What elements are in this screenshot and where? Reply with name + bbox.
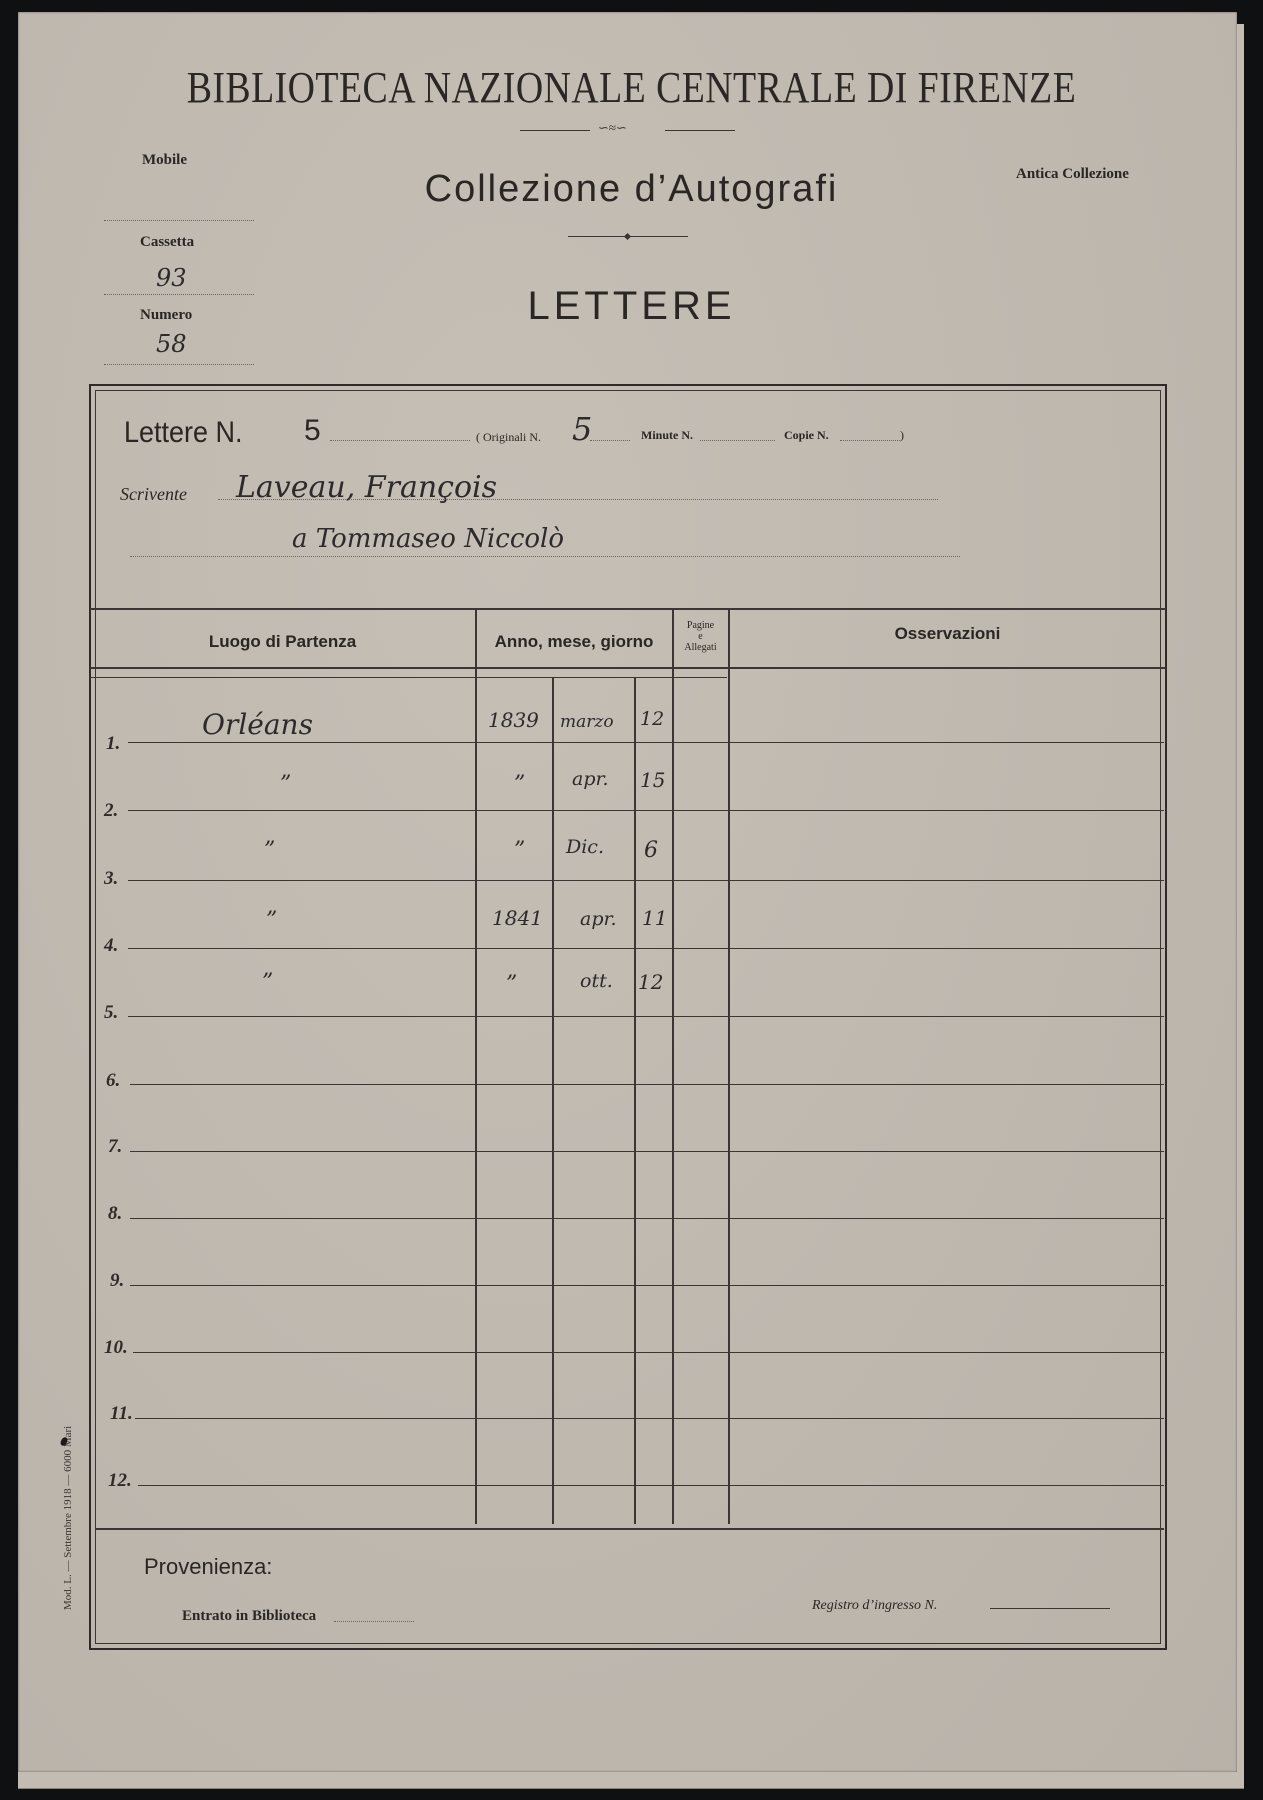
cell-anno[interactable]: ” <box>514 838 525 863</box>
cell-mese[interactable]: apr. <box>572 768 609 790</box>
cassetta-label: Cassetta <box>140 234 194 251</box>
cell-anno[interactable]: 1839 <box>488 708 539 732</box>
row-rule-9 <box>130 1285 1164 1286</box>
originali-dots <box>590 440 630 441</box>
cell-giorno[interactable]: 12 <box>638 970 663 994</box>
cell-luogo[interactable]: ” <box>280 772 291 797</box>
header-pagine-line3: Allegati <box>673 642 728 653</box>
minute-label: Minute N. <box>641 428 693 443</box>
row-number: 2. <box>104 800 118 822</box>
ornament-divider: ∽≈∽ <box>520 126 735 136</box>
col-divider-giorno <box>672 608 674 1524</box>
margin-print-note: Mod. L. — Settembre 1918 — 6000 Mari <box>62 1426 74 1610</box>
cell-mese[interactable]: apr. <box>580 908 617 930</box>
cell-anno[interactable]: ” <box>506 972 517 997</box>
row-number: 12. <box>108 1470 132 1492</box>
close-paren: ) <box>900 428 904 443</box>
cell-giorno[interactable]: 11 <box>642 906 667 930</box>
entrato-field[interactable] <box>334 1621 414 1622</box>
cell-giorno[interactable]: 6 <box>644 838 658 863</box>
row-rule-4 <box>128 948 1164 949</box>
row-rule-11 <box>135 1418 1164 1419</box>
cell-luogo[interactable]: ” <box>266 908 277 933</box>
col-divider-anno <box>552 677 554 1524</box>
row-number: 6. <box>106 1070 120 1092</box>
col-divider-pagine <box>728 608 730 1524</box>
row-rule-5 <box>128 1016 1164 1017</box>
row-number: 11. <box>110 1403 133 1425</box>
table-top-rule <box>90 608 1166 610</box>
header-bottom-rule <box>90 667 1166 669</box>
numero-value[interactable]: 58 <box>156 330 187 358</box>
row-number: 7. <box>108 1136 122 1158</box>
originali-label: ( Originali N. <box>476 430 541 445</box>
row-number: 9. <box>110 1270 124 1292</box>
recipient-dots <box>130 556 960 557</box>
row-rule-10 <box>133 1352 1164 1353</box>
institution-title: BIBLIOTECA NAZIONALE CENTRALE DI FIRENZE <box>88 62 1174 113</box>
cell-mese[interactable]: Dic. <box>566 836 604 858</box>
cell-mese[interactable]: marzo <box>560 712 614 732</box>
row-rule-7 <box>130 1151 1164 1152</box>
mobile-label: Mobile <box>142 152 187 169</box>
header-data: Anno, mese, giorno <box>476 632 672 652</box>
copie-dots[interactable] <box>840 440 900 441</box>
cell-luogo[interactable]: ” <box>264 838 275 863</box>
subheader-rule <box>90 677 727 678</box>
col-divider-mese <box>634 677 636 1524</box>
numero-field <box>104 364 254 365</box>
row-number: 10. <box>104 1337 128 1359</box>
cell-anno[interactable]: ” <box>514 772 525 797</box>
minute-dots[interactable] <box>700 440 775 441</box>
header-pagine: Pagine e Allegati <box>673 620 728 653</box>
col-divider-luogo <box>475 608 477 1524</box>
row-number: 5. <box>104 1002 118 1024</box>
scrivente-value[interactable]: Laveau, François <box>236 470 497 505</box>
row-rule-3 <box>128 880 1164 881</box>
header-pagine-line1: Pagine <box>673 620 728 631</box>
provenienza-label: Provenienza: <box>144 1554 272 1580</box>
header-osservazioni: Osservazioni <box>729 624 1166 644</box>
cell-anno[interactable]: 1841 <box>492 906 543 930</box>
recipient-value[interactable]: a Tommaseo Niccolò <box>292 524 564 554</box>
row-number: 8. <box>108 1203 122 1225</box>
mobile-field[interactable] <box>104 220 254 221</box>
numero-label: Numero <box>140 307 192 324</box>
cell-luogo[interactable]: Orléans <box>202 708 313 741</box>
table-bottom-rule <box>96 1528 1164 1530</box>
row-number: 3. <box>104 868 118 890</box>
cassetta-field <box>104 294 254 295</box>
header-luogo: Luogo di Partenza <box>90 632 475 652</box>
collection-divider <box>568 236 688 237</box>
cell-giorno[interactable]: 12 <box>640 708 664 730</box>
row-rule-2 <box>128 810 1164 811</box>
row-number: 1. <box>106 733 120 755</box>
entrato-label: Entrato in Biblioteca <box>182 1608 316 1625</box>
row-rule-1 <box>128 742 1164 743</box>
originali-value[interactable]: 5 <box>572 410 592 448</box>
cell-mese[interactable]: ott. <box>580 970 613 992</box>
cell-giorno[interactable]: 15 <box>640 768 665 792</box>
form-frame-inner <box>95 390 1161 1644</box>
row-rule-8 <box>130 1218 1164 1219</box>
antica-collezione-label: Antica Collezione <box>1016 166 1129 183</box>
lettere-dots <box>330 440 470 441</box>
lettere-label: Lettere N. <box>124 416 243 450</box>
header-pagine-line2: e <box>673 631 728 642</box>
lettere-value[interactable]: 5 <box>304 414 321 448</box>
row-rule-6 <box>130 1084 1164 1085</box>
cassetta-value[interactable]: 93 <box>156 264 187 292</box>
scrivente-label: Scrivente <box>120 484 187 505</box>
cell-luogo[interactable]: ” <box>262 970 273 995</box>
registro-label: Registro d’ingresso N. <box>812 1598 937 1614</box>
registro-field[interactable] <box>990 1608 1110 1609</box>
copie-label: Copie N. <box>784 428 829 443</box>
row-number: 4. <box>104 935 118 957</box>
row-rule-12 <box>138 1485 1164 1486</box>
